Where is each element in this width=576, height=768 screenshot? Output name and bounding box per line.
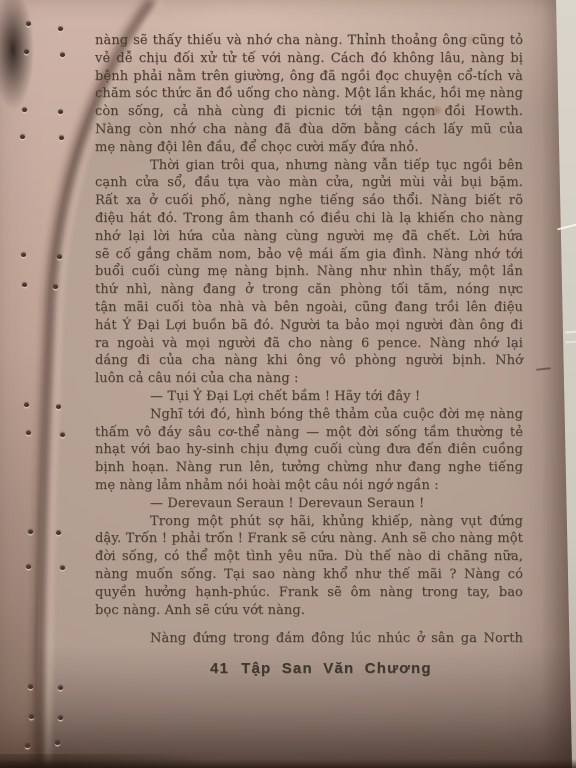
text-line: dáng đi của cha nàng khi ông vô phòng ng… bbox=[95, 352, 523, 370]
bottom-corner-shadow bbox=[0, 754, 200, 768]
text-line: nàng muốn sống. Tại sao nàng khổ như thế… bbox=[95, 566, 523, 584]
stitch-hole bbox=[56, 531, 61, 535]
stitch-hole bbox=[22, 108, 27, 112]
text-line: nhạt với bao hy-sinh chịu đựng cuối cùng… bbox=[95, 441, 523, 459]
stitch-hole bbox=[26, 431, 31, 435]
text-line: vẻ dễ chịu đối xử tử tế với nàng. Cách đ… bbox=[95, 50, 523, 68]
stitch-hole bbox=[60, 433, 65, 437]
stitch-hole bbox=[58, 110, 63, 114]
stitch-hole bbox=[59, 136, 64, 140]
stitch-hole bbox=[24, 50, 29, 54]
text-line: bệnh phải nằm trên giường, ông đã ngồi đ… bbox=[95, 68, 523, 86]
text-line: mẹ nàng lảm nhảm nói hoài một câu nói ng… bbox=[95, 477, 523, 495]
text-line: luôn cả câu nói của cha nàng : bbox=[95, 370, 523, 388]
stitch-hole bbox=[57, 255, 62, 259]
stitch-hole bbox=[22, 283, 27, 287]
stitch-hole bbox=[55, 741, 60, 745]
book-page-scan: nàng sẽ thấy thiếu và nhớ cha nàng. Thỉn… bbox=[0, 0, 576, 768]
text-line: tận mãi cuối tòa nhà và bên ngoài, cũng … bbox=[95, 299, 523, 317]
text-line: chăm sóc thức ăn đồ uống cho nàng. Một l… bbox=[95, 85, 523, 103]
text-line: còn sống, cả nhà cùng đi picnic tới tận … bbox=[95, 103, 523, 121]
paragraph: Thời gian trôi qua, nhưng nàng vẫn tiếp … bbox=[95, 157, 523, 388]
text-line: Trong một phút sợ hãi, khủng khiếp, nàng… bbox=[95, 513, 523, 531]
text-line: dậy. Trốn ! phải trốn ! Frank sẽ cứu nàn… bbox=[95, 530, 523, 548]
stitch-hole bbox=[21, 253, 26, 257]
stitch-hole bbox=[28, 685, 33, 689]
stitch-hole bbox=[53, 285, 58, 289]
dialogue-line: — Derevaun Seraun ! Derevaun Seraun ! bbox=[95, 495, 523, 513]
text-line: cạnh cửa sổ, đầu tựa vào màn cửa, ngửi m… bbox=[95, 174, 523, 192]
stitch-hole bbox=[28, 530, 33, 534]
text-line: Nghĩ tới đó, hình bóng thê thảm của cuộc… bbox=[95, 406, 523, 424]
stitch-hole bbox=[58, 27, 63, 31]
stitch-hole bbox=[60, 53, 65, 57]
text-line: bọc nàng. Anh sẽ cứu vớt nàng. bbox=[95, 602, 523, 620]
stitch-hole bbox=[26, 22, 31, 26]
text-line: ra ngoài và mọi người đã cho nàng 6 penc… bbox=[95, 335, 523, 353]
corner-shadow bbox=[0, 0, 34, 110]
paragraph: — Derevaun Seraun ! Derevaun Seraun ! bbox=[95, 495, 523, 513]
paragraph: — Tụi Ý Đại Lợi chết bầm ! Hãy tới đây ! bbox=[95, 388, 523, 406]
text-line: điệu hát đó. Trong âm thanh có điều chi … bbox=[95, 210, 523, 228]
stitch-hole bbox=[26, 565, 31, 569]
text-line: buổi cuối cùng mẹ nàng bịnh. Nàng như nh… bbox=[95, 263, 523, 281]
text-line: Thời gian trôi qua, nhưng nàng vẫn tiếp … bbox=[95, 157, 523, 175]
text-line: thấm vô đáy sâu cơ-thể nàng — một đời số… bbox=[95, 424, 523, 442]
text-line: hát Ý Đại Lợi buồn bã đó. Người ta bảo m… bbox=[95, 317, 523, 335]
paragraph: nàng sẽ thấy thiếu và nhớ cha nàng. Thỉn… bbox=[95, 32, 523, 157]
stitch-hole bbox=[56, 405, 61, 409]
stitch-hole bbox=[60, 566, 65, 570]
stitch-hole bbox=[25, 744, 30, 748]
paragraph: Nàng đứng trong đám đông lúc nhúc ở sân … bbox=[95, 630, 523, 648]
text-line: quyền hưởng hạnh-phúc. Frank sẽ ôm nàng … bbox=[95, 584, 523, 602]
paragraph: Trong một phút sợ hãi, khủng khiếp, nàng… bbox=[95, 513, 523, 620]
text-line: Nàng còn nhớ cha nàng đã đùa dỡn bằng cá… bbox=[95, 121, 523, 139]
text-line: nàng sẽ thấy thiếu và nhớ cha nàng. Thỉn… bbox=[95, 32, 523, 50]
stitch-hole bbox=[29, 715, 34, 719]
page-footer: 41Tập San Văn Chương bbox=[210, 660, 432, 677]
text-line: sẽ cố gắng chăm nom, bảo vệ mái ấm gia đ… bbox=[95, 246, 523, 264]
stitch-hole bbox=[58, 686, 63, 690]
text-line: Rất xa ở cuối phố, nàng nghe tiếng sáo t… bbox=[95, 192, 523, 210]
text-line: đời sống, có thể một tình yêu nữa. Dù th… bbox=[95, 548, 523, 566]
stitch-hole bbox=[24, 403, 29, 407]
text-line: bịnh hoạn. Nàng run lên, tưởng chừng như… bbox=[95, 459, 523, 477]
page-number: 41 bbox=[210, 660, 229, 677]
text-line: Nàng đứng trong đám đông lúc nhúc ở sân … bbox=[95, 630, 523, 648]
dialogue-line: — Tụi Ý Đại Lợi chết bầm ! Hãy tới đây ! bbox=[95, 388, 523, 406]
text-line: nhớ lại lời hứa của nàng cùng người mẹ đ… bbox=[95, 228, 523, 246]
stitch-hole bbox=[58, 716, 63, 720]
paragraph: Nghĩ tới đó, hình bóng thê thảm của cuộc… bbox=[95, 406, 523, 495]
journal-title: Tập San Văn Chương bbox=[241, 660, 432, 677]
text-line: mẹ nàng đội lên đầu, để chọc cười mấy đứ… bbox=[95, 139, 523, 157]
stitch-hole bbox=[20, 135, 25, 139]
text-block: nàng sẽ thấy thiếu và nhớ cha nàng. Thỉn… bbox=[95, 32, 523, 648]
text-line: thứ nhì, nàng đang ở trong căn phòng tối… bbox=[95, 281, 523, 299]
